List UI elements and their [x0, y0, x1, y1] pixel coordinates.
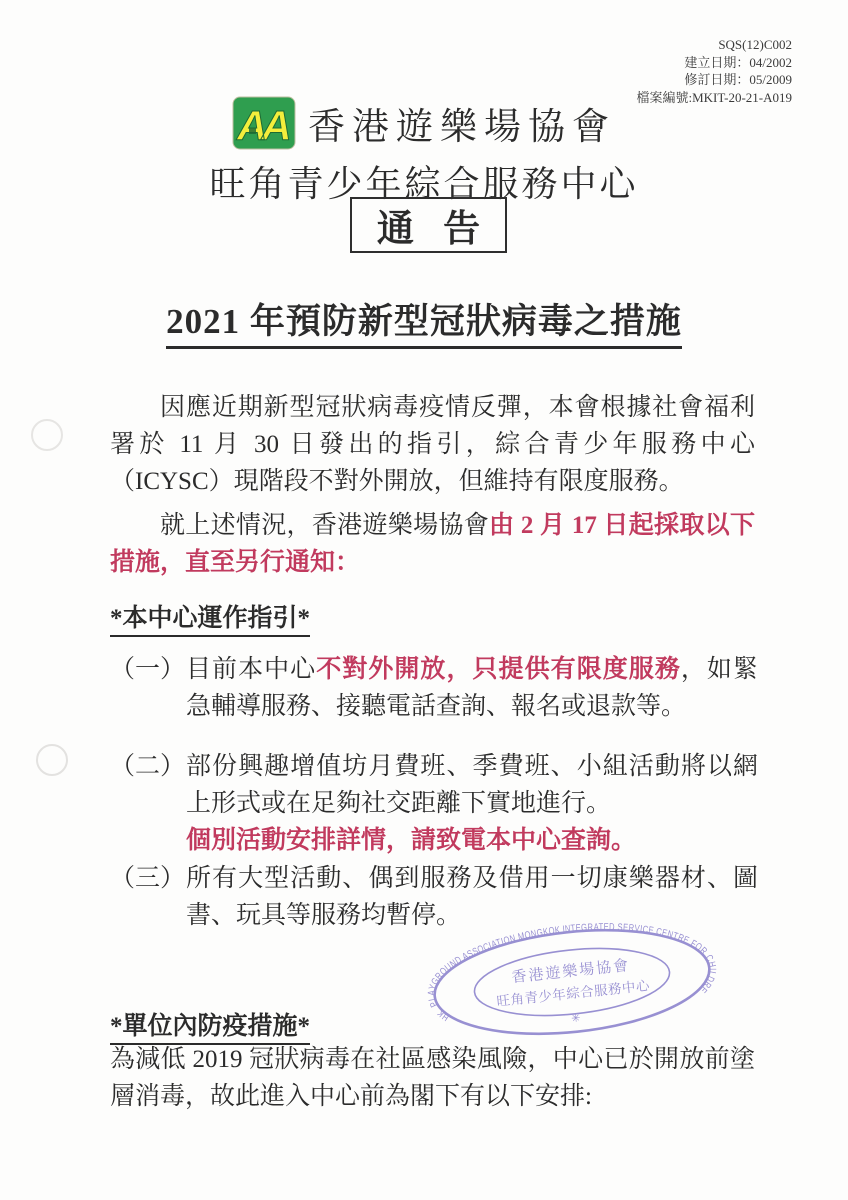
list-item-3: （三） 所有大型活動、偶到服務及借用一切康樂器材、圖書、玩具等服務均暫停。: [110, 860, 758, 934]
meta-quality-code: SQS(12)C002: [636, 36, 792, 54]
stamp-cn-line2: 旺角青少年綜合服務中心: [496, 977, 651, 1009]
list-item-2-red-note: 個別活動安排詳情，請致電本中心查詢。: [186, 822, 758, 859]
punch-hole-mark: [36, 744, 68, 776]
list-item-2-label: （二）: [110, 748, 186, 859]
list-item-2-main: 部份興趣增值坊月費班、季費班、小組活動將以網上形式或在足夠社交距離下實地進行。: [186, 753, 758, 817]
scanned-notice-page: SQS(12)C002 建立日期：04/2002 修訂日期：05/2009 檔案…: [0, 0, 848, 1200]
list-item-3-label: （三）: [110, 860, 186, 934]
list-item-1-pre: 目前本中心: [186, 656, 316, 683]
list-item-2: （二） 部份興趣增值坊月費班、季費班、小組活動將以網上形式或在足夠社交距離下實地…: [110, 748, 758, 859]
list-item-1: （一） 目前本中心不對外開放，只提供有限度服務，如緊急輔導服務、接聽電話查詢、報…: [110, 651, 758, 725]
paragraph-effective-date-black: 就上述情況，香港遊樂場協會: [160, 512, 489, 539]
paragraph-disinfection: 為減低 2019 冠狀病毒在社區感染風險，中心已於開放前塗層消毒，故此進入中心前…: [110, 1041, 755, 1115]
list-item-3-text: 所有大型活動、偶到服務及借用一切康樂器材、圖書、玩具等服務均暫停。: [186, 860, 758, 934]
list-item-1-red: 不對外開放，只提供有限度服務: [316, 656, 681, 683]
section-heading-operation-guidelines: *本中心運作指引*: [110, 598, 310, 634]
meta-created-date: 建立日期：04/2002: [636, 54, 792, 72]
paragraph-intro: 因應近期新型冠狀病毒疫情反彈，本會根據社會福利署於 11 月 30 日發出的指引…: [110, 389, 755, 500]
header-row: AA 香港遊樂場協會: [0, 96, 848, 150]
stamp-cn-line1: 香港遊樂場協會: [511, 957, 631, 986]
document-title-text: 2021 年預防新型冠狀病毒之措施: [166, 302, 682, 349]
section-heading-operation-guidelines-text: *本中心運作指引*: [110, 605, 310, 637]
list-item-1-text: 目前本中心不對外開放，只提供有限度服務，如緊急輔導服務、接聽電話查詢、報名或退款…: [186, 651, 758, 725]
paragraph-effective-date: 就上述情況，香港遊樂場協會由 2 月 17 日起採取以下措施，直至另行通知：: [110, 507, 755, 581]
document-title: 2021 年預防新型冠狀病毒之措施: [0, 294, 848, 344]
list-item-2-text: 部份興趣增值坊月費班、季費班、小組活動將以網上形式或在足夠社交距離下實地進行。 …: [186, 748, 758, 859]
notice-title-box: 通 告: [350, 197, 507, 253]
association-logo-icon: AA: [232, 96, 296, 150]
section-heading-epidemic-measures: *單位內防疫措施*: [110, 1006, 310, 1042]
meta-revised-date: 修訂日期：05/2009: [636, 71, 792, 89]
stamp-bottom-symbol: ✳: [571, 1012, 581, 1025]
logo-letters: AA: [236, 102, 289, 149]
punch-hole-mark: [31, 419, 63, 451]
organization-name: 香港遊樂場協會: [308, 96, 616, 150]
list-item-1-label: （一）: [110, 651, 186, 725]
